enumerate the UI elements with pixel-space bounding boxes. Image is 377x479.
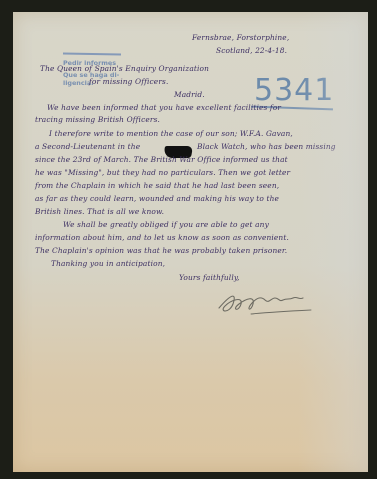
reference-number: 5341 bbox=[254, 76, 334, 106]
recipient-line-3: Madrid. bbox=[174, 91, 205, 98]
body-line: We shall be greatly obliged if you are a… bbox=[63, 221, 269, 228]
body-line: from the Chaplain in which he said that … bbox=[35, 182, 279, 189]
body-line: he was "Missing", but they had no partic… bbox=[35, 169, 290, 176]
body-line: a Second-Lieutenant in the bbox=[35, 143, 140, 150]
recipient-line-2: for missing Officers. bbox=[89, 78, 168, 85]
body-line: as far as they could learn, wounded and … bbox=[35, 195, 279, 202]
recipient-line-1: The Queen of Spain's Enquiry Organizatio… bbox=[40, 65, 209, 72]
body-line: British lines. That is all we know. bbox=[35, 208, 164, 215]
closing: Yours faithfully, bbox=[179, 274, 240, 281]
body-line: information about him, and to let us kno… bbox=[35, 234, 289, 241]
stamp-rule bbox=[63, 52, 121, 55]
body-line: We have been informed that you have exce… bbox=[47, 104, 281, 111]
sender-address-line-1: Fernsbrae, Forstorphine, bbox=[192, 34, 289, 41]
body-line: since the 23rd of March. The British War… bbox=[35, 156, 288, 163]
body-line: Thanking you in anticipation, bbox=[51, 260, 165, 267]
signature bbox=[211, 288, 321, 318]
sender-address-line-2: Scotland, 22-4-18. bbox=[216, 47, 287, 54]
body-line: I therefore write to mention the case of… bbox=[49, 130, 293, 137]
letter-page: Fernsbrae, Forstorphine, Scotland, 22-4-… bbox=[13, 12, 368, 472]
body-line: Black Watch, who has been missing bbox=[197, 143, 336, 150]
body-line: The Chaplain's opinion was that he was p… bbox=[35, 247, 287, 254]
body-line: tracing missing British Officers. bbox=[35, 116, 160, 123]
